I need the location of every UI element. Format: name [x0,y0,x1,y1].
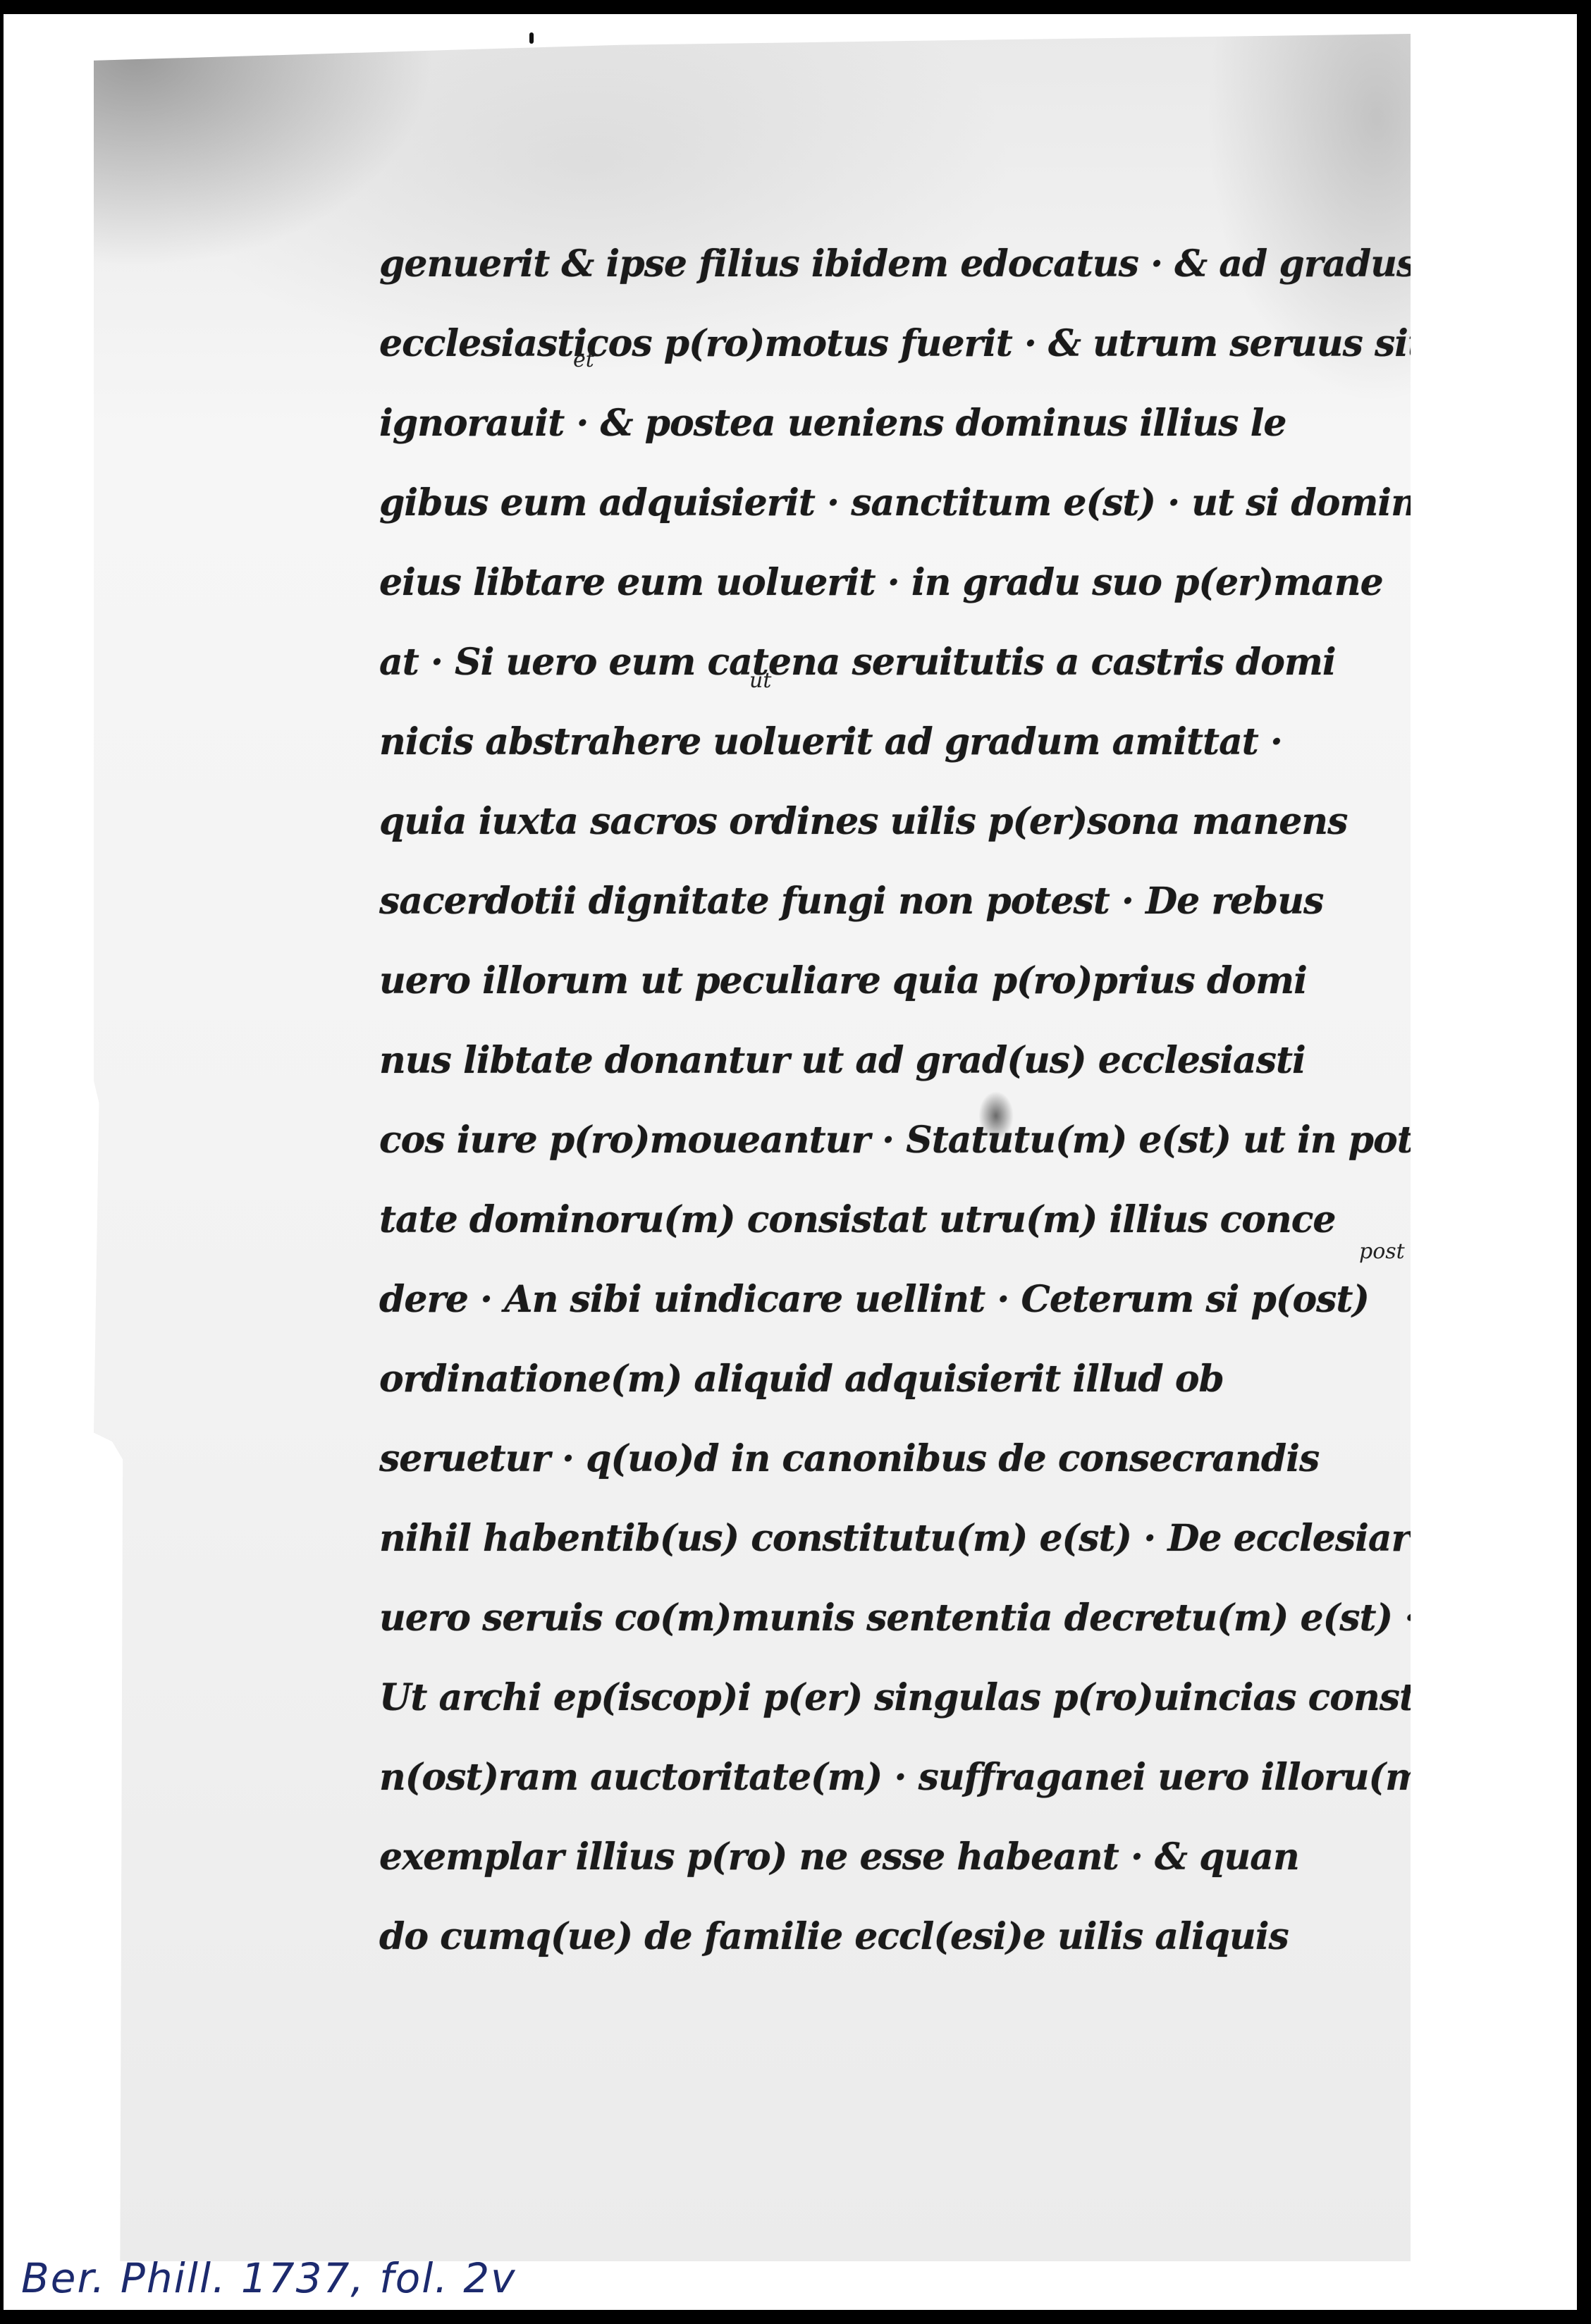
manuscript-line: nus libtate donantur ut ad grad(us) eccl… [379,1021,1437,1100]
interlinear-gloss: et [573,348,594,372]
manuscript-line: ordinatione(m) aliquid adquisierit illud… [379,1339,1437,1419]
manuscript-line: gibus eum adquisierit · sanctitum e(st) … [379,463,1437,543]
manuscript-line: tate dominoru(m) consistat utru(m) illiu… [379,1180,1437,1260]
manuscript-line: seruetur · q(uo)d in canonibus de consec… [379,1419,1437,1499]
manuscript-line: n(ost)ram auctoritate(m) · suffraganei u… [379,1738,1437,1817]
manuscript-line: genuerit & ipse filius ibidem edocatus ·… [379,224,1437,304]
manuscript-line: dere · An sibi uindicare uellint · Ceter… [379,1260,1437,1339]
interlinear-gloss: ut [749,668,771,693]
manuscript-line: sacerdotii dignitate fungi non potest · … [379,861,1437,941]
manuscript-text-block: genuerit & ipse filius ibidem edocatus ·… [379,224,1437,1976]
manuscript-line: quia iuxta sacros ordines uilis p(er)son… [379,782,1437,861]
manuscript-folio: genuerit & ipse filius ibidem edocatus ·… [94,34,1411,2261]
manuscript-line: nihil habentib(us) constitutu(m) e(st) ·… [379,1499,1437,1578]
shelfmark-caption: Ber. Phill. 1737, fol. 2v [21,2254,516,2302]
manuscript-line: uero illorum ut peculiare quia p(ro)priu… [379,941,1437,1021]
manuscript-line: ecclesiasticos p(ro)motus fuerit · & utr… [379,304,1437,383]
manuscript-line: Ut archi ep(iscop)i p(er) singulas p(ro)… [379,1658,1437,1738]
manuscript-line: eius libtare eum uoluerit · in gradu suo… [379,543,1437,622]
manuscript-line: nicis abstrahere uoluerit ad gradum amit… [379,702,1437,782]
manuscript-line: cos iure p(ro)moueantur · Statutu(m) e(s… [379,1100,1437,1180]
manuscript-line: ignorauit · & postea ueniens dominus ill… [379,383,1437,463]
interlinear-gloss: post [1359,1239,1405,1264]
manuscript-line: at · Si uero eum catena seruitutis a cas… [379,622,1437,702]
manuscript-line: uero seruis co(m)munis sententia decretu… [379,1578,1437,1658]
manuscript-line: do cumq(ue) de familie eccl(esi)e uilis … [379,1897,1437,1976]
manuscript-line: exemplar illius p(ro) ne esse habeant · … [379,1817,1437,1897]
registration-mark [529,32,534,44]
